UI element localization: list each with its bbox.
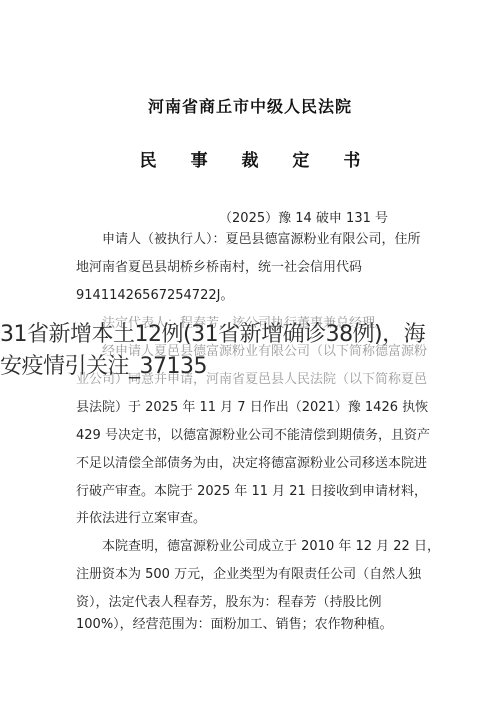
- paragraph-line: 429 号决定书，以德富源粉业公司不能清偿到期债务，且资产: [76, 428, 430, 444]
- paragraph-line: 并依法进行立案审查。: [76, 511, 206, 527]
- paragraph-line: 行破产审查。本院于 2025 年 11 月 21 日接收到申请材料，: [76, 484, 427, 500]
- document-type-title: 民 事 裁 定 书: [0, 146, 500, 171]
- case-number: （2025）豫 14 破申 131 号: [219, 207, 388, 226]
- overlay-headline-line2: 安疫情引关注_37135: [0, 354, 207, 380]
- overlay-headline-line1: 31省新增本土12例(31省新增确诊38例)，海: [0, 322, 425, 348]
- paragraph-line: 100%），经营范围为：面粉加工、销售；农作物种植。: [76, 617, 393, 633]
- paragraph-line: 91411426567254722J。: [76, 288, 233, 304]
- court-name: 河南省商丘市中级人民法院: [0, 94, 500, 117]
- paragraph-line: 注册资本为 500 万元，企业类型为有限责任公司（自然人独: [76, 567, 421, 583]
- paragraph-line: 资），法定代表人程春芳，股东为：程春芳（持股比例: [76, 595, 382, 611]
- paragraph-line: 地河南省夏邑县胡桥乡桥南村，统一社会信用代码: [76, 260, 362, 276]
- paragraph-line: 申请人（被执行人）：夏邑县德富源粉业有限公司，住所: [102, 232, 421, 248]
- paragraph-line: 县法院）于 2025 年 11 月 7 日作出（2021）豫 1426 执恢: [76, 400, 428, 416]
- paragraph-line: 本院查明，德富源粉业公司成立于 2010 年 12 月 22 日，: [102, 539, 440, 555]
- paragraph-line: 不足以清偿全部债务为由，决定将德富源粉业公司移送本院进: [76, 456, 427, 472]
